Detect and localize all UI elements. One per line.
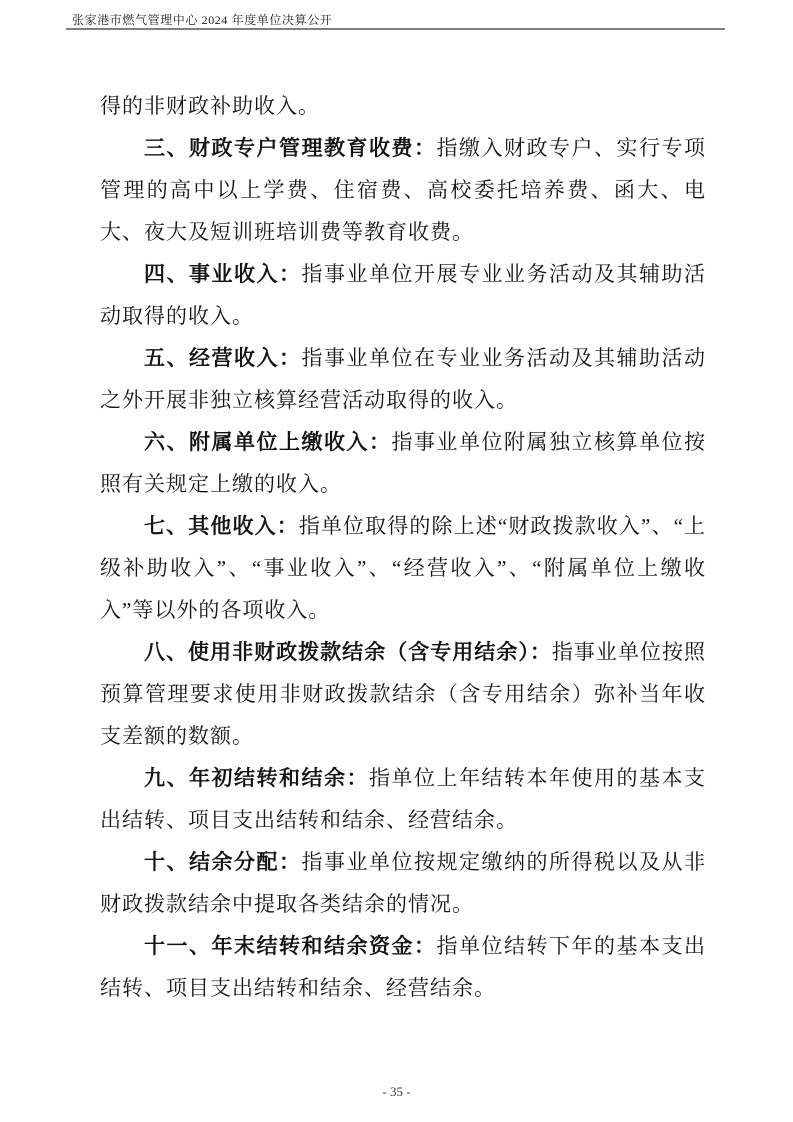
document-body: 得的非财政补助收入。三、财政专户管理教育收费：指缴入财政专户、实行专项管理的高中…: [100, 85, 706, 1009]
paragraph: 三、财政专户管理教育收费：指缴入财政专户、实行专项管理的高中以上学费、住宿费、高…: [100, 127, 706, 253]
paragraph: 七、其他收入：指单位取得的除上述“财政拨款收入”、“上级补助收入”、“事业收入”…: [100, 505, 706, 631]
paragraph-text: 得的非财政补助收入。: [100, 94, 320, 118]
paragraph: 得的非财政补助收入。: [100, 85, 706, 127]
page-footer: - 35 -: [0, 1084, 793, 1100]
paragraph-heading: 八、使用非财政拨款结余（含专用结余）：: [144, 640, 552, 664]
paragraph-heading: 九、年初结转和结余：: [144, 766, 369, 790]
paragraph-heading: 五、经营收入：: [144, 346, 302, 370]
paragraph: 五、经营收入：指事业单位在专业业务活动及其辅助活动之外开展非独立核算经营活动取得…: [100, 337, 706, 421]
header-rule: [66, 28, 725, 30]
paragraph-heading: 十一、年末结转和结余资金：: [144, 934, 437, 958]
paragraph-heading: 七、其他收入：: [144, 514, 299, 538]
header-title: 张家港市燃气管理中心 2024 年度单位决算公开: [72, 13, 332, 27]
page-header: 张家港市燃气管理中心 2024 年度单位决算公开: [72, 12, 332, 28]
paragraph: 十一、年末结转和结余资金：指单位结转下年的基本支出结转、项目支出结转和结余、经营…: [100, 925, 706, 1009]
paragraph: 九、年初结转和结余：指单位上年结转本年使用的基本支出结转、项目支出结转和结余、经…: [100, 757, 706, 841]
paragraph-heading: 三、财政专户管理教育收费：: [144, 136, 437, 160]
paragraph: 四、事业收入：指事业单位开展专业业务活动及其辅助活动取得的收入。: [100, 253, 706, 337]
paragraph-heading: 四、事业收入：: [144, 262, 302, 286]
paragraph: 十、结余分配：指事业单位按规定缴纳的所得税以及从非财政拨款结余中提取各类结余的情…: [100, 841, 706, 925]
paragraph: 六、附属单位上缴收入：指事业单位附属独立核算单位按照有关规定上缴的收入。: [100, 421, 706, 505]
document-page: 张家港市燃气管理中心 2024 年度单位决算公开 得的非财政补助收入。三、财政专…: [0, 0, 793, 1122]
paragraph-heading: 十、结余分配：: [144, 850, 302, 874]
paragraph: 八、使用非财政拨款结余（含专用结余）：指事业单位按照预算管理要求使用非财政拨款结…: [100, 631, 706, 757]
page-number: - 35 -: [382, 1084, 410, 1099]
paragraph-heading: 六、附属单位上缴收入：: [144, 430, 392, 454]
